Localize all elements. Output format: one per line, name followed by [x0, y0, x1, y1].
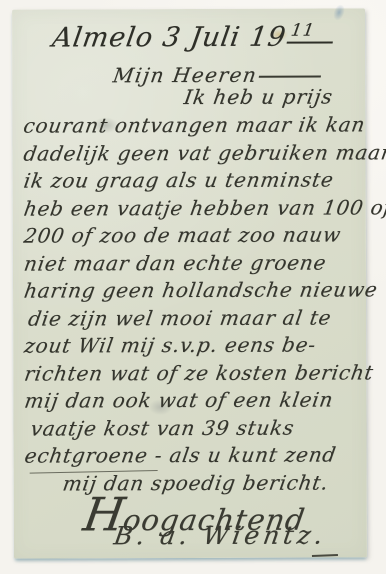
date-day: 3: [160, 22, 183, 53]
body-line: mij dan ook wat of een klein: [22, 386, 370, 415]
body-line: 200 of zoo de maat zoo nauw: [22, 221, 370, 250]
body-line: dadelijk geen vat gebruiken maar: [22, 139, 370, 168]
date-year: 19: [247, 22, 288, 53]
body-line: die zijn wel mooi maar al te: [22, 304, 370, 333]
signature: B. a. Wientz.: [112, 521, 329, 551]
salutation: Mijn Heeren: [111, 63, 323, 88]
salutation-text: Mijn Heeren: [111, 63, 259, 88]
place-name: Almelo: [50, 22, 155, 53]
date-line: Almelo 3 Juli 1911: [50, 20, 336, 53]
body-line: richten wat of ze kosten bericht: [22, 359, 370, 388]
blue-pencil-mark: [332, 3, 347, 21]
body-line: haring geen hollandsche nieuwe: [22, 276, 370, 305]
body-line: vaatje kost van 39 stuks: [23, 414, 371, 443]
body-line: courant ontvangen maar ik kan: [21, 111, 369, 140]
letter-photo: Almelo 3 Juli 1911 Mijn Heeren Ik heb u …: [0, 0, 386, 574]
signature-underline: [312, 554, 338, 557]
body-line: echtgroene - als u kunt zend: [23, 441, 371, 470]
date-month: Juli: [188, 22, 242, 53]
date-year-superscript: 11: [287, 20, 336, 43]
body-line: zout Wil mij s.v.p. eens be-: [22, 331, 370, 360]
body-line: niet maar dan echte groene: [22, 249, 370, 278]
letter-body: courant ontvangen maar ik kan dadelijk g…: [21, 111, 366, 497]
body-line: heb een vaatje hebben van 100 of: [22, 194, 370, 223]
opening-line: Ik heb u prijs: [182, 84, 334, 109]
body-line: ik zou graag als u tenminste: [22, 166, 370, 195]
flourish-underline: [259, 76, 321, 78]
postcard-paper: Almelo 3 Juli 1911 Mijn Heeren Ik heb u …: [12, 8, 367, 558]
